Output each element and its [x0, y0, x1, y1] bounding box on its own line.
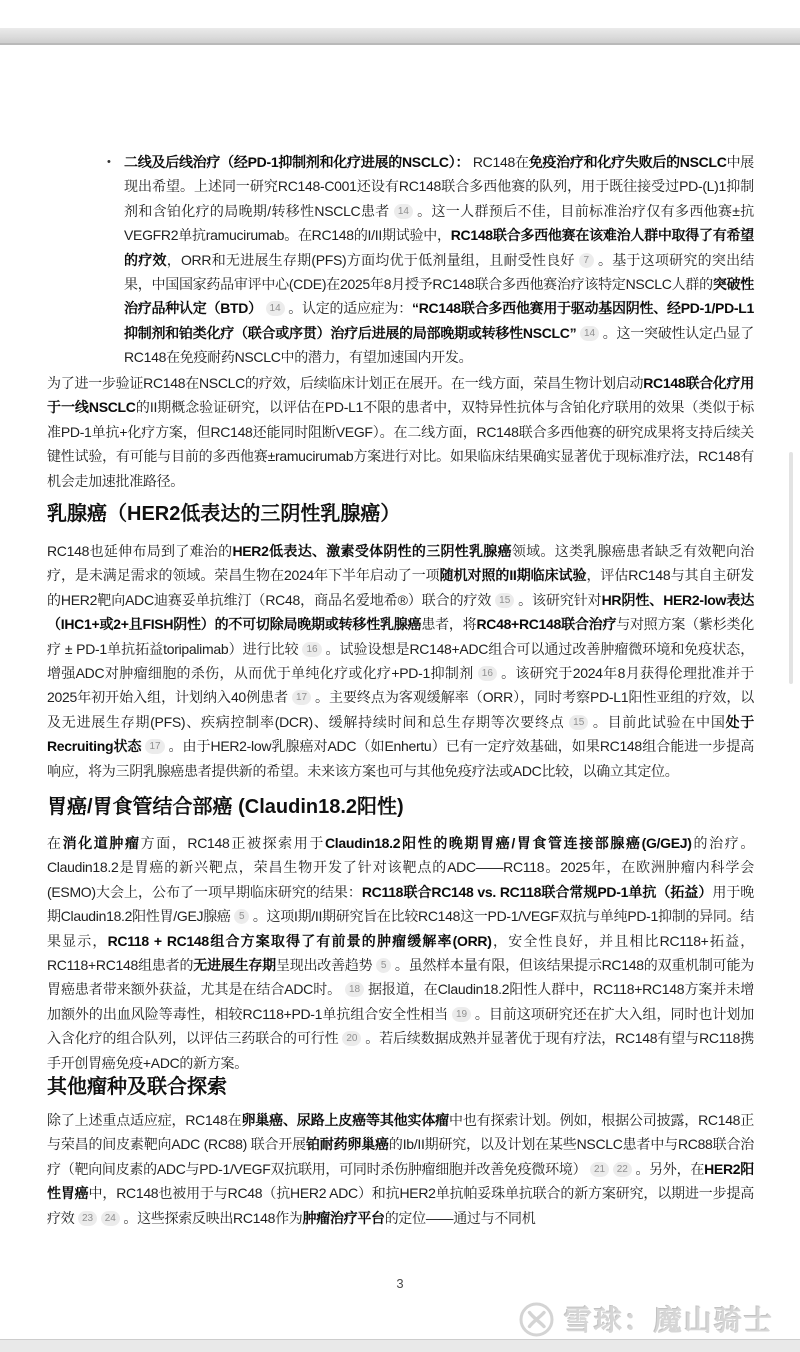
citation-badge[interactable]: 5 — [234, 909, 249, 924]
text-run: 的定位——通过与不同机 — [385, 1210, 536, 1226]
page-separator-top — [0, 28, 800, 45]
text-run: HER2低表达、激素受体阴性的三阴性乳腺癌 — [232, 543, 511, 559]
text-run: ，ORR和无进展生存期(PFS)方面均优于低剂量组，且耐受性良好 — [167, 252, 579, 268]
text-run: RC48+RC148联合治疗 — [476, 616, 616, 632]
text-run: 的II期概念验证研究，以评估在PD-L1不限的患者中，双特异性抗体与含铂化疗联用… — [47, 399, 754, 488]
paragraph-gastric-cancer: 在消化道肿瘤方面，RC148正被探索用于Claudin18.2阳性的晚期胃癌/胃… — [47, 831, 754, 1075]
text-run: 为了进一步验证RC148在NSCLC的疗效，后续临床计划正在展开。在一线方面，荣… — [47, 375, 643, 391]
citation-badge[interactable]: 21 — [590, 1162, 609, 1177]
text-run: 二线及后线治疗（经PD-1抑制剂和化疗进展的NSCLC）： — [124, 154, 469, 170]
citation-badge[interactable]: 15 — [495, 593, 514, 608]
text-run: 患者，将 — [421, 616, 476, 632]
citation-badge[interactable]: 14 — [580, 326, 599, 341]
text-run: 。目前此试验在中国 — [588, 714, 725, 730]
pdf-page-view: { "page": { "number": "3", "watermark": … — [0, 0, 800, 1352]
section-heading-gastric-cancer: 胃癌/胃食管结合部癌 (Claudin18.2阳性) — [47, 793, 754, 821]
text-run: 。另外，在 — [632, 1161, 704, 1177]
text-run — [262, 300, 266, 316]
text-run: 免疫治疗和化疗失败后的NSCLC — [529, 154, 727, 170]
text-run: RC148在 — [469, 154, 528, 170]
page-number: 3 — [0, 1276, 800, 1291]
text-run: 铂耐药卵巢癌 — [306, 1136, 389, 1152]
citation-badge[interactable]: 16 — [478, 666, 497, 681]
citation-badge[interactable]: 20 — [342, 1031, 361, 1046]
text-run: 方面，RC148正被探索用于 — [141, 835, 325, 851]
citation-badge[interactable]: 19 — [452, 1007, 471, 1022]
text-run: 在 — [47, 835, 63, 851]
watermark: 雪球：魔山骑士 — [518, 1299, 774, 1339]
text-run: 。该研究针对 — [514, 592, 601, 608]
scrollbar-thumb[interactable] — [789, 452, 793, 684]
text-run: 随机对照的II期临床试验 — [440, 567, 587, 583]
section-heading-breast-cancer: 乳腺癌（HER2低表达的三阴性乳腺癌） — [47, 500, 754, 528]
text-run: 除了上述重点适应症，RC148在 — [47, 1112, 241, 1128]
xueqiu-snowball-logo-icon — [518, 1301, 555, 1338]
text-run: 。这些探索反映出RC148作为 — [120, 1210, 303, 1226]
citation-badge[interactable]: 18 — [345, 982, 364, 997]
citation-badge[interactable]: 5 — [376, 958, 391, 973]
citation-badge[interactable]: 17 — [292, 690, 311, 705]
text-run: 卵巢癌、尿路上皮癌等其他实体瘤 — [241, 1112, 449, 1128]
text-run: RC118 + RC148组合方案取得了有前景的肿瘤缓解率(ORR) — [108, 933, 492, 949]
watermark-text: 雪球：魔山骑士 — [564, 1299, 774, 1339]
text-run: Claudin18.2阳性的晚期胃癌/胃食管连接部腺癌(G/GEJ) — [325, 835, 692, 851]
bullet-item-second-line-nsclc: • 二线及后线治疗（经PD-1抑制剂和化疗进展的NSCLC）： RC148在免疫… — [107, 150, 754, 370]
paragraph-breast-cancer: RC148也延伸布局到了难治的HER2低表达、激素受体阴性的三阴性乳腺癌领域。这… — [47, 539, 754, 783]
bullet-marker: • — [107, 150, 124, 370]
citation-badge[interactable]: 15 — [569, 715, 588, 730]
citation-badge[interactable]: 23 — [78, 1211, 97, 1226]
text-run: 消化道肿瘤 — [63, 835, 141, 851]
paragraph-nsclc-followup-plans: 为了进一步验证RC148在NSCLC的疗效，后续临床计划正在展开。在一线方面，荣… — [47, 371, 754, 493]
text-run: 呈现出改善趋势 — [276, 957, 376, 973]
citation-badge[interactable]: 16 — [302, 642, 321, 657]
citation-badge[interactable]: 14 — [394, 204, 413, 219]
text-run: RC148也延伸布局到了难治的 — [47, 543, 232, 559]
bullet-paragraph-text: 二线及后线治疗（经PD-1抑制剂和化疗进展的NSCLC）： RC148在免疫治疗… — [124, 150, 754, 370]
text-run: 无进展生存期 — [193, 957, 276, 973]
paragraph-other-tumors: 除了上述重点适应症，RC148在卵巢癌、尿路上皮癌等其他实体瘤中也有探索计划。例… — [47, 1108, 754, 1230]
citation-badge[interactable]: 22 — [613, 1162, 632, 1177]
text-run: 肿瘤治疗平台 — [303, 1210, 385, 1226]
text-run: 。认定的适应症为： — [285, 300, 412, 316]
citation-badge[interactable]: 7 — [579, 253, 594, 268]
section-heading-other-tumors: 其他瘤种及联合探索 — [47, 1073, 754, 1101]
text-run: RC118联合RC148 vs. RC118联合常规PD-1单抗（拓益） — [362, 884, 712, 900]
citation-badge[interactable]: 24 — [101, 1211, 120, 1226]
citation-badge[interactable]: 17 — [145, 739, 164, 754]
page-separator-bottom — [0, 1339, 800, 1352]
citation-badge[interactable]: 14 — [266, 301, 285, 316]
